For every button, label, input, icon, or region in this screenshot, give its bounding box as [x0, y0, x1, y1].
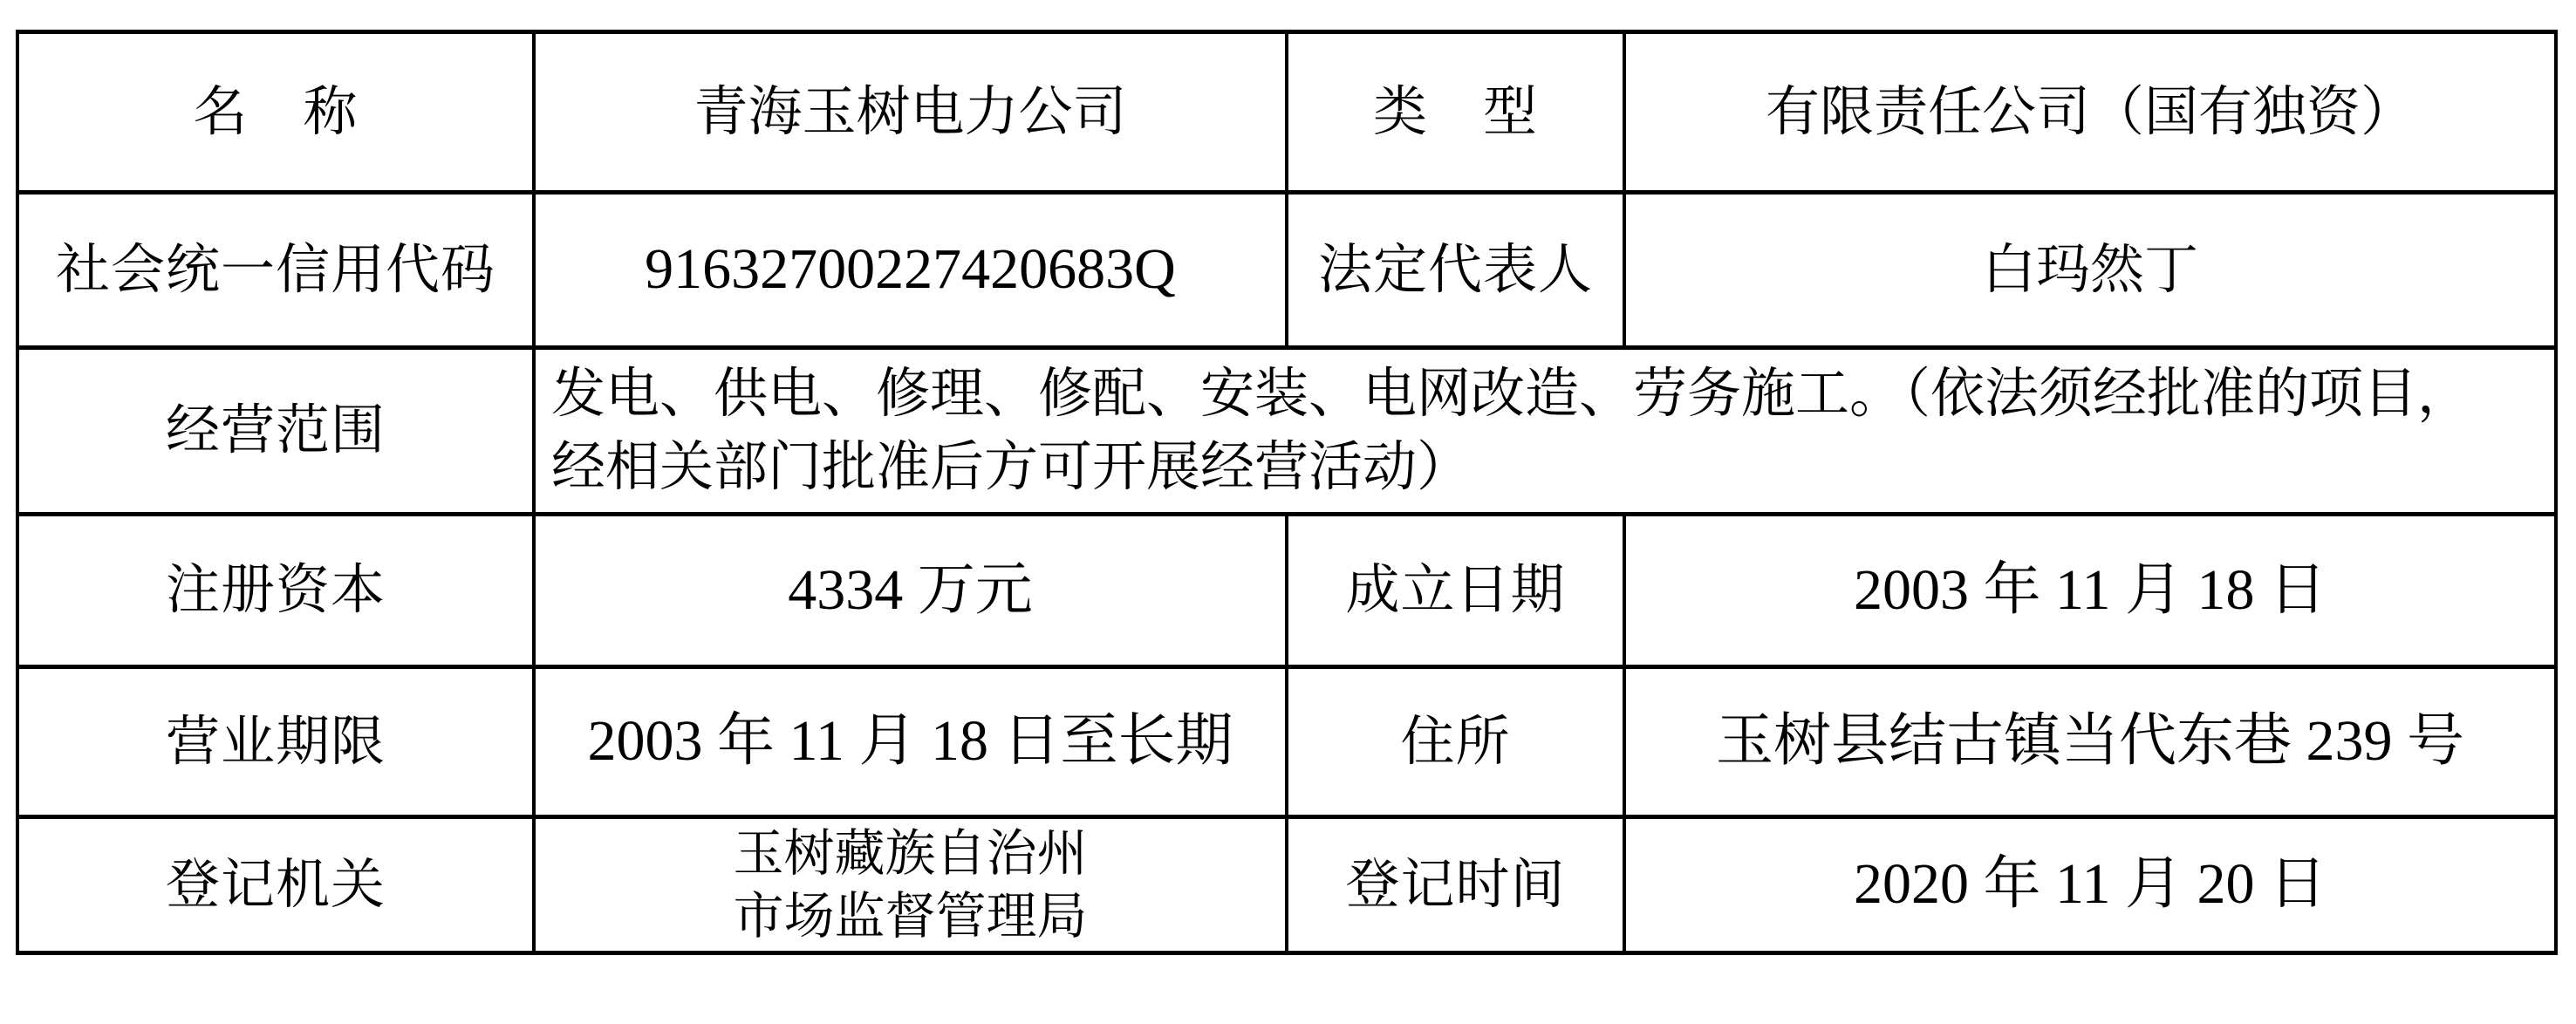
- company-name-label-cell: 名 称: [17, 32, 534, 193]
- company-type-label-cell: 类 型: [1287, 32, 1624, 193]
- company-type-value-cell: 有限责任公司（国有独资）: [1624, 32, 2556, 193]
- company-registration-table: 名 称 青海玉树电力公司 类 型 有限责任公司（国有独资） 社会统一信用代码 9…: [16, 30, 2558, 955]
- registration-time-label-cell: 登记时间: [1287, 817, 1624, 953]
- business-term-value-cell: 2003 年 11 月 18 日至长期: [534, 667, 1287, 817]
- legal-representative-value-cell: 白玛然丁: [1624, 193, 2556, 348]
- registered-capital-label-cell: 注册资本: [17, 515, 534, 667]
- establishment-date-value-cell: 2003 年 11 月 18 日: [1624, 515, 2556, 667]
- address-label-cell: 住所: [1287, 667, 1624, 817]
- credit-code-label-cell: 社会统一信用代码: [17, 193, 534, 348]
- table-row: 名 称 青海玉树电力公司 类 型 有限责任公司（国有独资）: [17, 32, 2556, 193]
- company-name-value-cell: 青海玉树电力公司: [534, 32, 1287, 193]
- table-row: 经营范围 发电、供电、修理、修配、安装、电网改造、劳务施工。（依法须经批准的项目…: [17, 348, 2556, 515]
- registration-authority-value-cell: 玉树藏族自治州 市场监督管理局: [534, 817, 1287, 953]
- establishment-date-label-cell: 成立日期: [1287, 515, 1624, 667]
- credit-code-value-cell: 91632700227420683Q: [534, 193, 1287, 348]
- table-row: 社会统一信用代码 91632700227420683Q 法定代表人 白玛然丁: [17, 193, 2556, 348]
- business-scope-label-cell: 经营范围: [17, 348, 534, 515]
- table-row: 注册资本 4334 万元 成立日期 2003 年 11 月 18 日: [17, 515, 2556, 667]
- business-scope-value-cell: 发电、供电、修理、修配、安装、电网改造、劳务施工。（依法须经批准的项目， 经相关…: [534, 348, 2556, 515]
- registration-authority-label-cell: 登记机关: [17, 817, 534, 953]
- table-row: 营业期限 2003 年 11 月 18 日至长期 住所 玉树县结古镇当代东巷 2…: [17, 667, 2556, 817]
- business-term-label-cell: 营业期限: [17, 667, 534, 817]
- table-row: 登记机关 玉树藏族自治州 市场监督管理局 登记时间 2020 年 11 月 20…: [17, 817, 2556, 953]
- registration-time-value-cell: 2020 年 11 月 20 日: [1624, 817, 2556, 953]
- registered-capital-value-cell: 4334 万元: [534, 515, 1287, 667]
- address-value-cell: 玉树县结古镇当代东巷 239 号: [1624, 667, 2556, 817]
- legal-representative-label-cell: 法定代表人: [1287, 193, 1624, 348]
